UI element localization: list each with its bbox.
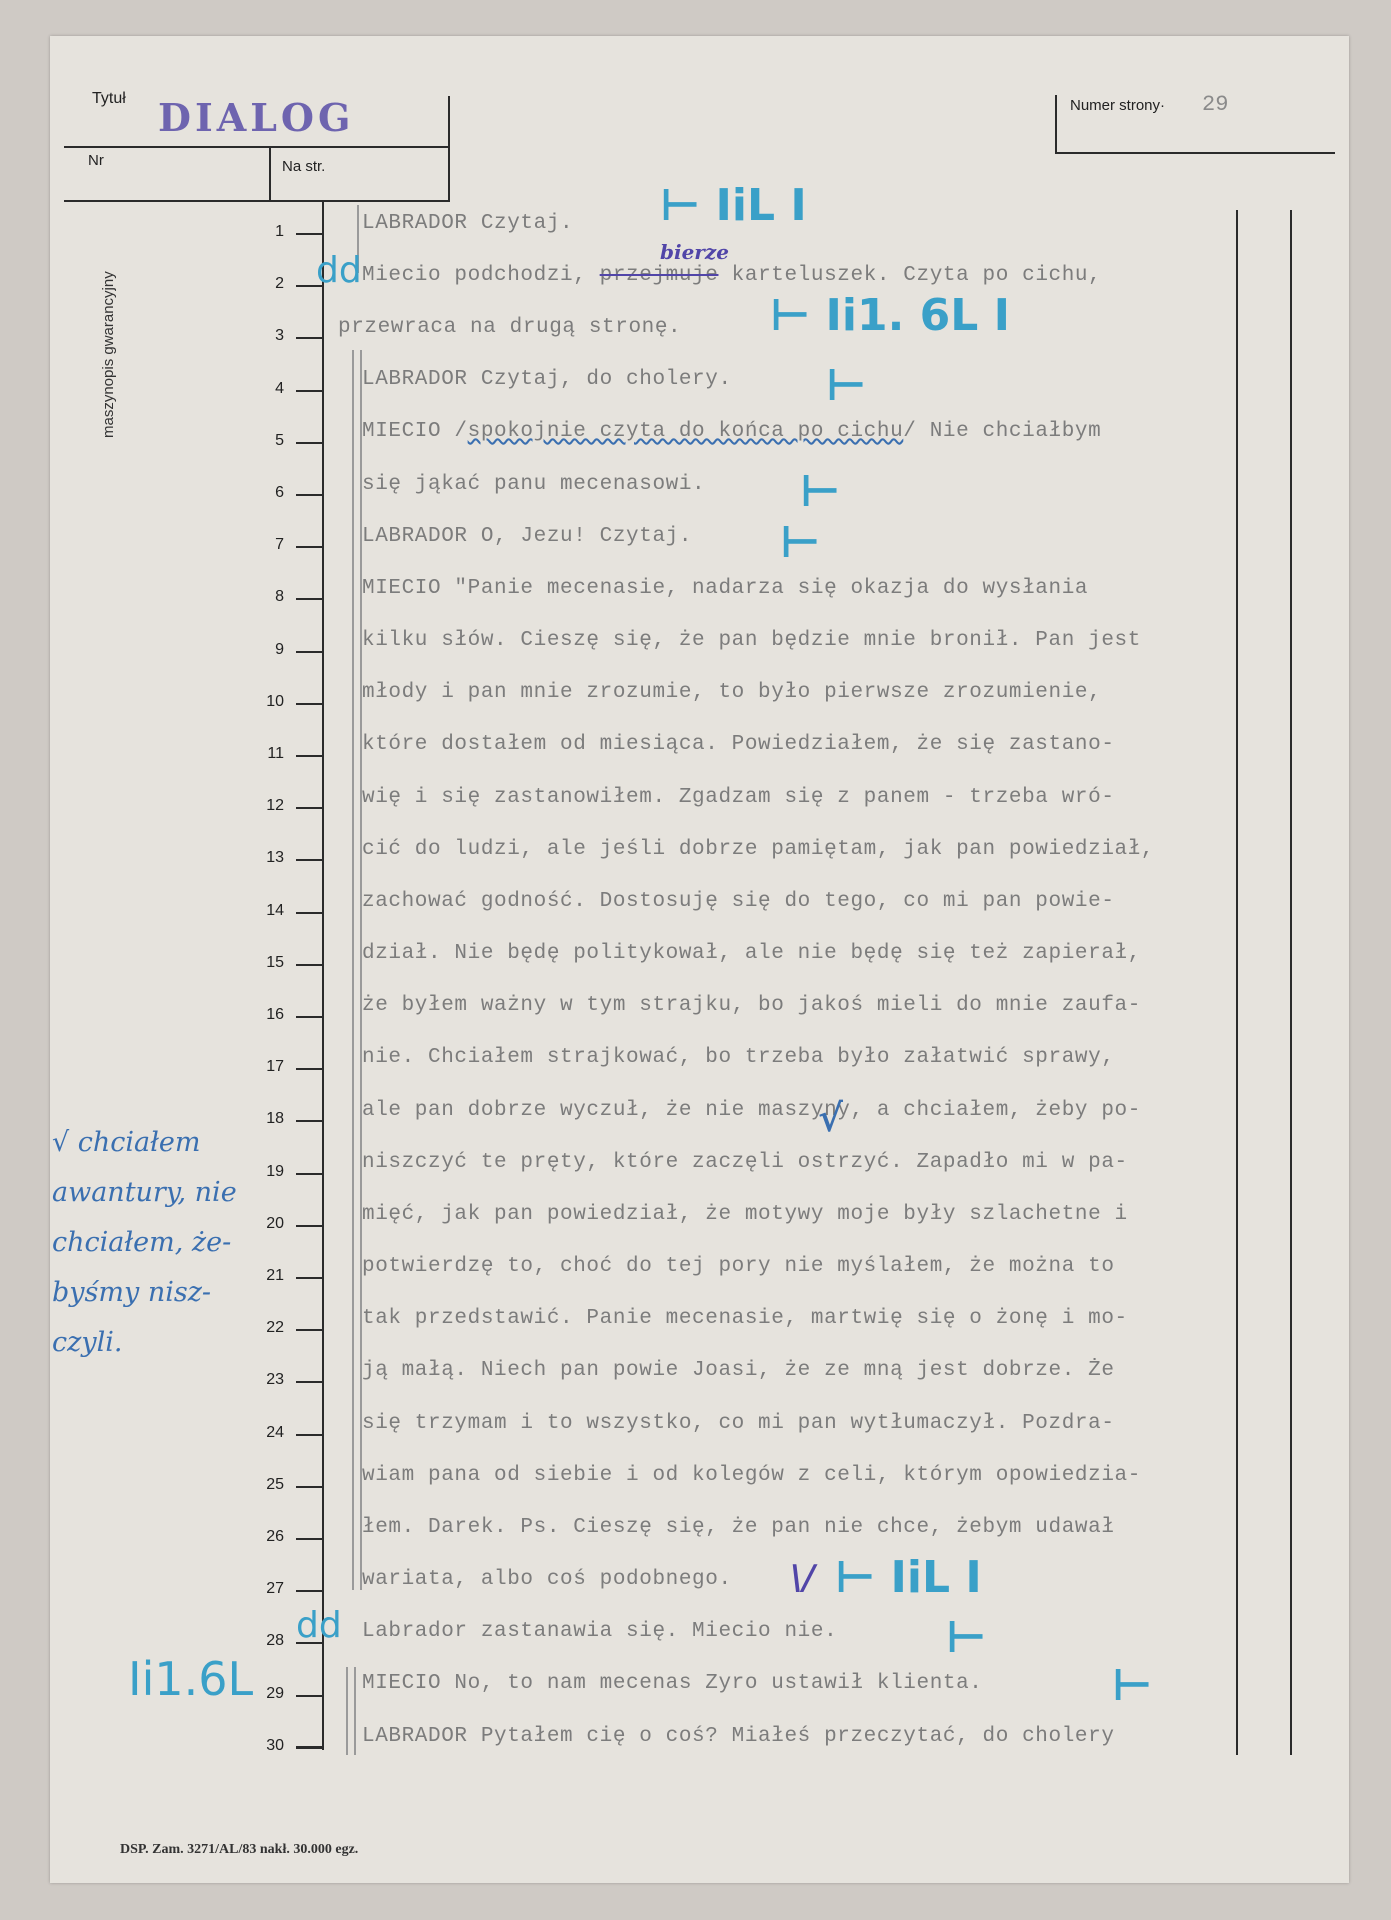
print-footer: DSP. Zam. 3271/AL/83 nakł. 30.000 egz. [120,1842,358,1858]
typed-line-5: MIECIO /spokojnie czyta do końca po cich… [362,420,1101,443]
typed-line-12: wię i się zastanowiłem. Zgadzam się z pa… [362,786,1115,809]
page-number-label: Numer strony· [1070,97,1165,114]
typed-line-3: przewraca na drugą stronę. [338,316,681,339]
ruler-tick [296,807,324,809]
line-number: 19 [244,1163,284,1181]
line-number: 15 [244,954,284,972]
annotation-left: dd [316,250,362,291]
line-number: 12 [244,797,284,815]
typed-line-9: kilku słów. Cieszę się, że pan będzie mn… [362,629,1141,652]
line-number: 13 [244,849,284,867]
line-number: 20 [244,1215,284,1233]
ruler-tick [296,1486,324,1488]
ruler-tick [296,390,324,392]
margin-note-line: √ chciałem [52,1118,237,1168]
struck-word: przejmuje [600,264,719,287]
text-segment: / Nie chciałbym [903,420,1101,443]
annotation-left: dd [296,1605,342,1646]
typed-line-8: MIECIO "Panie mecenasie, nadarza się oka… [362,577,1088,600]
typed-line-6: się jąkać panu mecenasowi. [362,473,705,496]
ruler-tick [296,337,324,339]
annotation-mark: ⊢ [946,1612,986,1663]
ruler-tick [296,859,324,861]
typed-line-25: wiam pana od siebie i od kolegów z celi,… [362,1464,1141,1487]
line-number: 16 [244,1006,284,1024]
annotation-mark: ⊢ IiL I [660,180,807,231]
ruler-tick [296,1434,324,1436]
line-number: 6 [244,484,284,502]
underlined-direction: spokojnie czyta do końca po cichu [468,420,904,443]
margin-note-line: awantury, nie [52,1168,237,1218]
annotation-mark: ⊢ [780,517,820,568]
page-box-bottom [1055,152,1335,154]
margin-note-line: czyli. [52,1318,237,1368]
margin-note-line: chciałem, że- [52,1218,237,1268]
nr-divider [269,146,271,202]
ruler-tick [296,598,324,600]
line-number: 28 [244,1632,284,1650]
margin-note-line: byśmy nisz- [52,1268,237,1318]
line-number: 9 [244,641,284,659]
ruler-tick [296,1381,324,1383]
page-number: 29 [1202,92,1228,117]
pencil-bar [352,350,354,1590]
ruler-tick [296,1173,324,1175]
line-number: 10 [244,693,284,711]
ruler-tick [296,1747,324,1749]
text-segment: Miecio podchodzi, [362,264,600,287]
header-right-border [448,96,450,202]
line-number: 25 [244,1476,284,1494]
typed-line-27: wariata, albo coś podobnego. [362,1568,732,1591]
ruler-tick [296,442,324,444]
annotation-left: Ii1.6L [128,1652,253,1706]
typed-line-4: LABRADOR Czytaj, do cholery. [362,368,732,391]
text-segment: MIECIO / [362,420,468,443]
ruler-tick [296,233,324,235]
margin-note: √ chciałem awantury, nie chciałem, że- b… [52,1118,237,1368]
ruler-tick [296,1590,324,1592]
annotation-mark: ⊢ IiL I [835,1552,982,1603]
header-divider [64,146,450,148]
typed-line-29: MIECIO No, to nam mecenas Zyro ustawił k… [362,1672,983,1695]
typed-line-17: nie. Chciałem strajkować, bo trzeba było… [362,1046,1115,1069]
line-number: 24 [244,1424,284,1442]
line-number: 27 [244,1580,284,1598]
line-number: 7 [244,536,284,554]
title-stamp: DIALOG [158,95,354,140]
annotation-mark: ⊢ [800,466,840,517]
pencil-bar [346,1667,348,1755]
typed-line-26: łem. Darek. Ps. Cieszę się, że pan nie c… [362,1516,1115,1539]
typed-line-14: zachować godność. Dostosuję się do tego,… [362,890,1115,913]
ruler-tick [296,1695,324,1697]
typed-line-15: dział. Nie będę politykował, ale nie będ… [362,942,1141,965]
line-number: 18 [244,1110,284,1128]
typed-line-2: Miecio podchodzi, przejmuje karteluszek.… [362,264,1101,287]
text-segment: karteluszek. Czyta po cichu, [718,264,1101,287]
line-number: 21 [244,1267,284,1285]
typed-line-13: cić do ludzi, ale jeśli dobrze pamiętam,… [362,838,1154,861]
ruler-tick [296,546,324,548]
na-str-label: Na str. [282,158,325,175]
right-edge-line [1290,210,1292,1755]
ruler-tick [296,1068,324,1070]
line-number: 2 [244,275,284,293]
line-number: 8 [244,588,284,606]
line-number: 3 [244,327,284,345]
ruler-tick [296,1277,324,1279]
annotation-mark: ⊢ Ii1. 6L I [770,290,1010,341]
ruler-tick [296,964,324,966]
typed-line-10: młody i pan mnie zrozumie, to było pierw… [362,681,1101,704]
line-number: 14 [244,902,284,920]
right-margin-line [1236,210,1238,1755]
line-number: 26 [244,1528,284,1546]
line-number: 22 [244,1319,284,1337]
typed-line-7: LABRADOR O, Jezu! Czytaj. [362,525,692,548]
ruler-tick [296,494,324,496]
header-bottom-border [64,200,450,202]
line-number: 11 [244,745,284,763]
typed-line-28: Labrador zastanawia się. Miecio nie. [362,1620,837,1643]
line-number: 5 [244,432,284,450]
annotation-mark: ⊢ [826,360,866,411]
typed-line-22: tak przedstawić. Panie mecenasie, martwi… [362,1307,1128,1330]
line-number: 1 [244,223,284,241]
typed-line-11: które dostałem od miesiąca. Powiedziałem… [362,733,1115,756]
ruler-line [322,200,324,1750]
pencil-bar [354,1667,356,1755]
ruler-tick [296,1016,324,1018]
typed-line-1: LABRADOR Czytaj. [362,212,573,235]
ruler-tick [296,755,324,757]
inserted-word: bierze [660,240,729,264]
page-box-left [1055,95,1057,153]
annotation-check: √ [818,1095,843,1140]
annotation-check: \/ [790,1558,815,1598]
typed-line-20: mięć, jak pan powiedział, że motywy moje… [362,1203,1128,1226]
nr-label: Nr [88,152,104,169]
side-label: maszynopis gwarancyjny [100,271,117,438]
ruler-tick [296,651,324,653]
typed-line-23: ją małą. Niech pan powie Joasi, że ze mn… [362,1359,1115,1382]
ruler-tick [296,1120,324,1122]
typed-line-16: że byłem ważny w tym strajku, bo jakoś m… [362,994,1141,1017]
typed-line-19: niszczyć te pręty, które zaczęli ostrzyć… [362,1151,1128,1174]
typed-line-24: się trzymam i to wszystko, co mi pan wyt… [362,1412,1115,1435]
ruler-tick [296,703,324,705]
line-number: 17 [244,1058,284,1076]
line-number: 4 [244,380,284,398]
typed-line-21: potwierdzę to, choć do tej pory nie myśl… [362,1255,1115,1278]
typed-line-30: LABRADOR Pytałem cię o coś? Miałeś przec… [362,1725,1115,1748]
line-number: 30 [244,1737,284,1755]
typed-line-18: ale pan dobrze wyczuł, że nie maszyny, a… [362,1099,1141,1122]
ruler-tick [296,1329,324,1331]
title-label: Tytuł [92,90,126,108]
line-number: 23 [244,1371,284,1389]
annotation-mark: ⊢ [1112,1660,1152,1711]
ruler-tick [296,1538,324,1540]
ruler-tick [296,912,324,914]
ruler-tick [296,1225,324,1227]
